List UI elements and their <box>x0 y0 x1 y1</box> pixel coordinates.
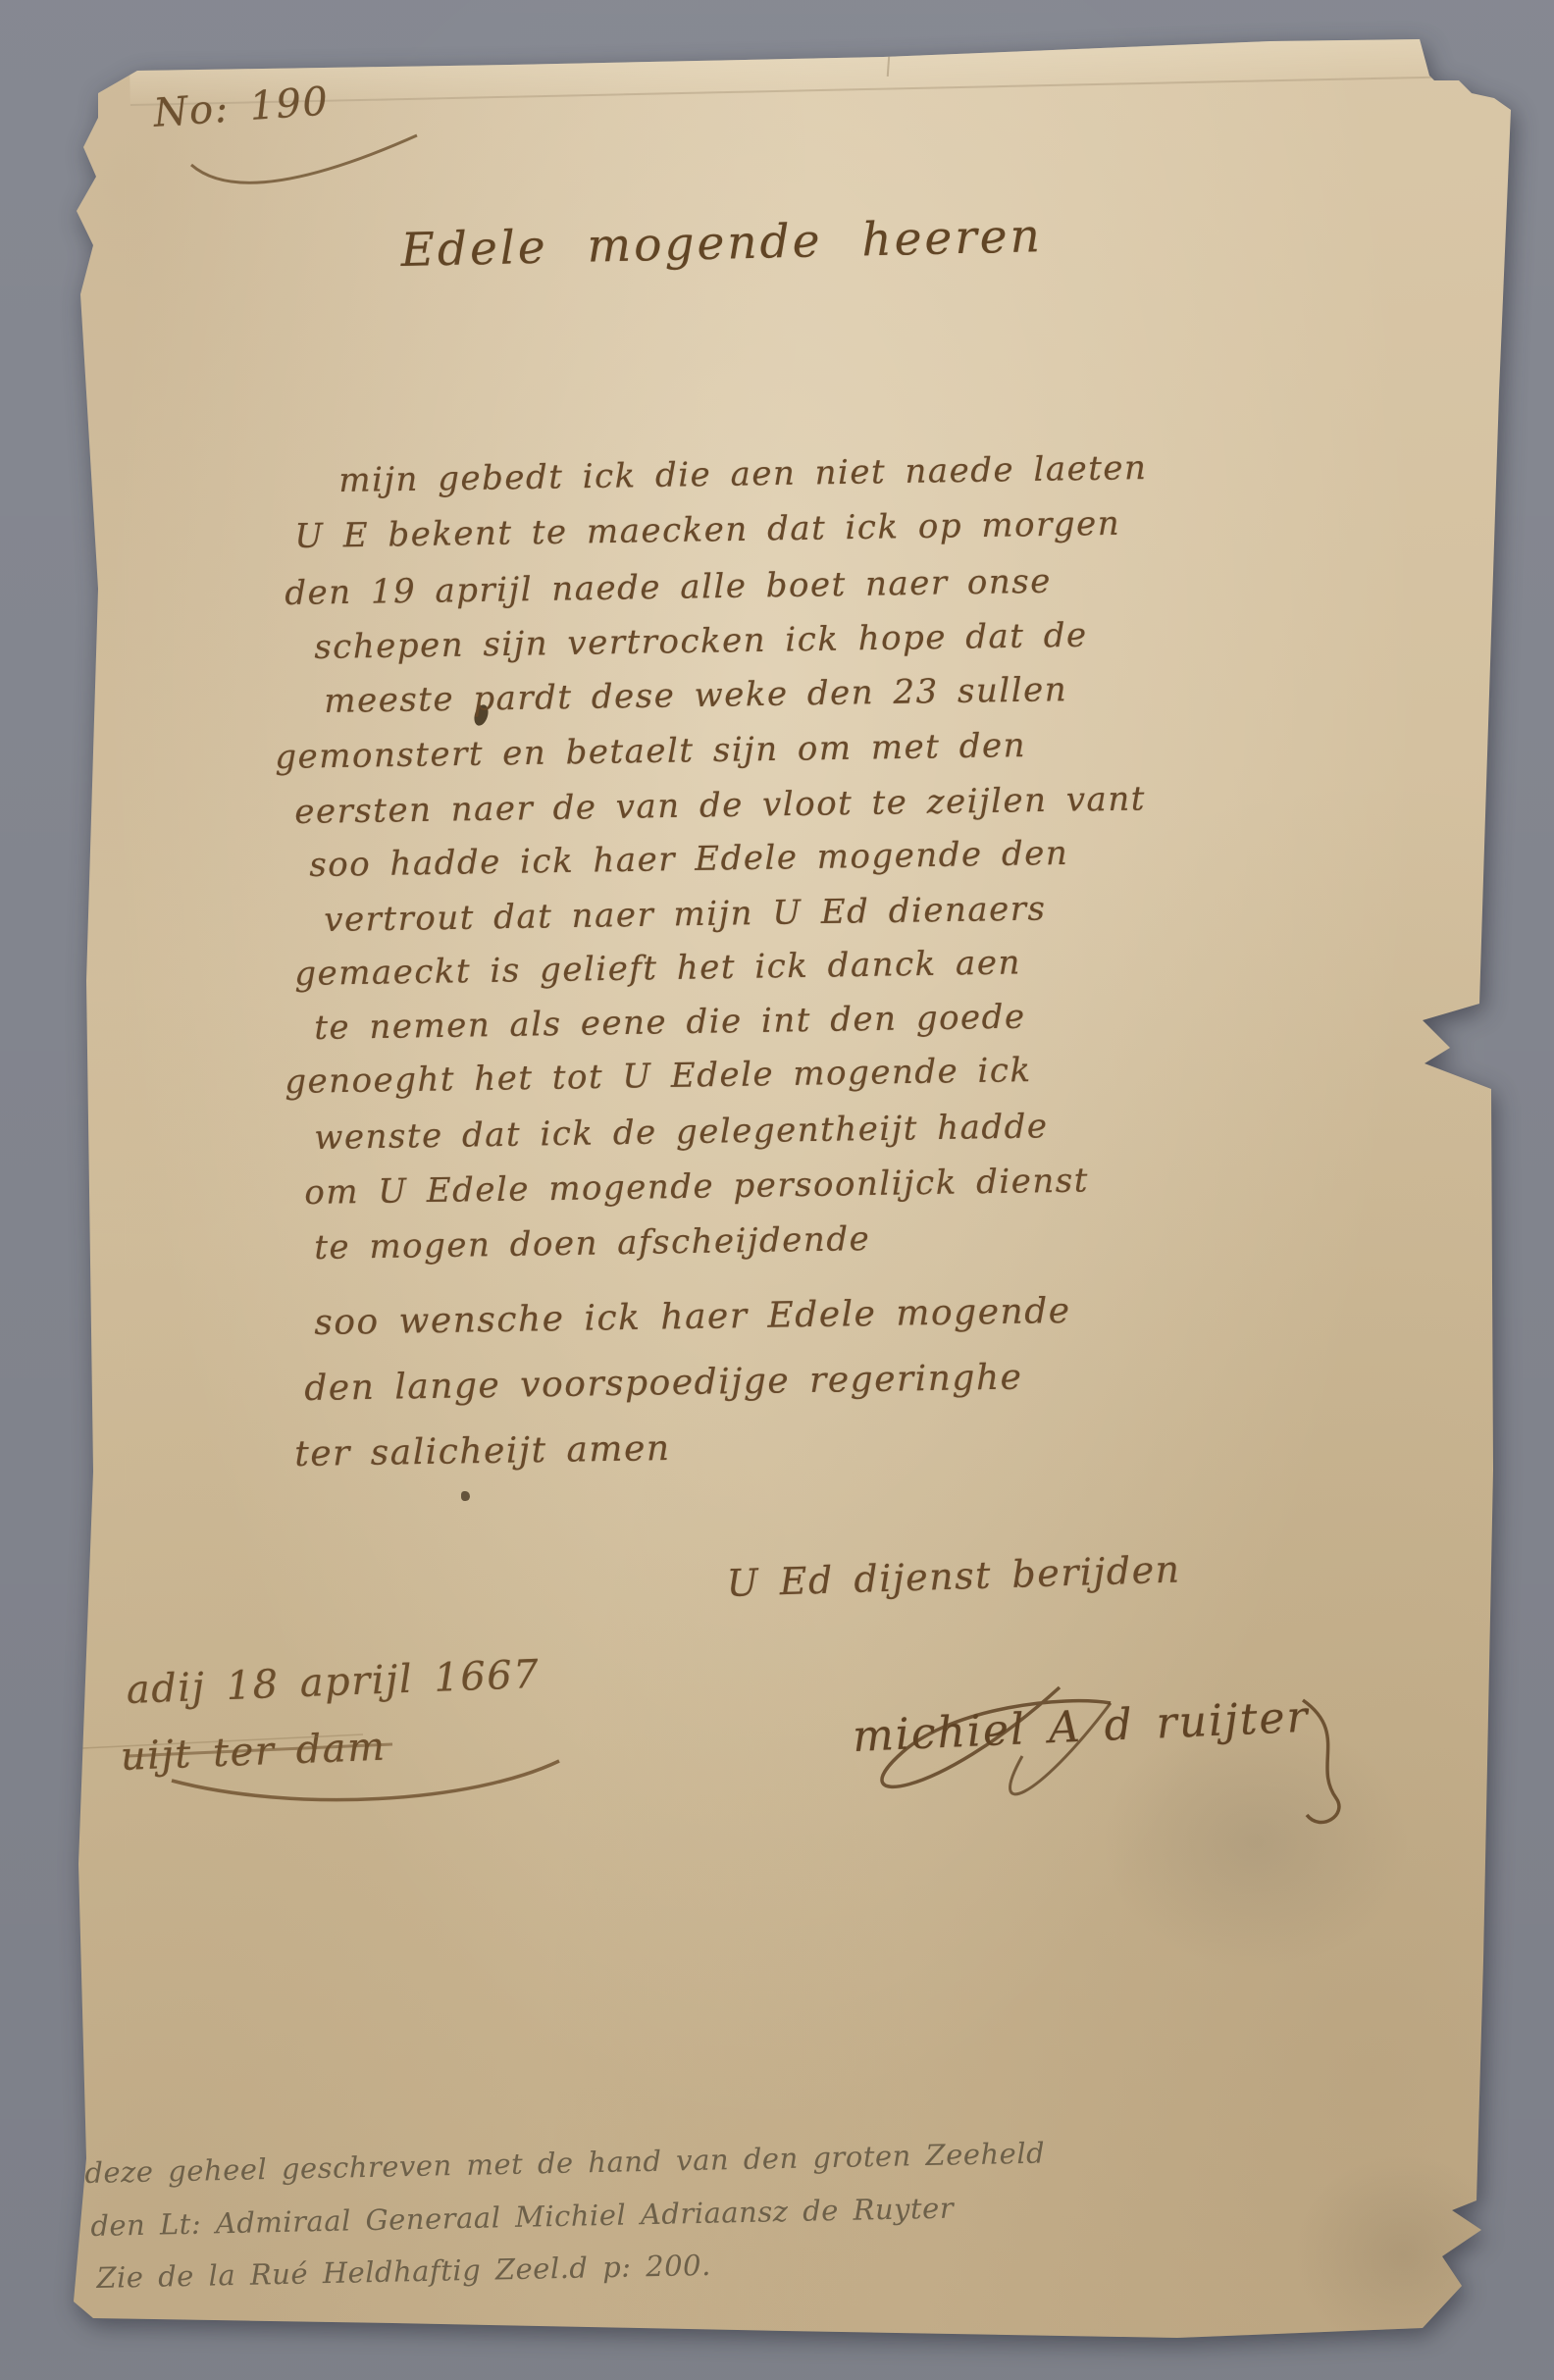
body-line: meeste pardt dese weke den 23 sullen <box>324 670 1067 721</box>
signature: michiel A d ruijter <box>852 1692 1310 1762</box>
paper-stain-corner <box>1275 2137 1530 2372</box>
body-line: U E bekent te maecken dat ick op morgen <box>294 504 1120 556</box>
archive-number-flourish <box>191 135 417 182</box>
closing-line: ter salicheijt amen <box>294 1428 671 1475</box>
closing-line: soo wensche ick haer Edele mogende <box>314 1291 1071 1343</box>
date-line-1: adij 18 aprijl 1667 <box>126 1652 541 1713</box>
letter-salutation: Edele mogende heeren <box>400 209 1043 278</box>
body-line: mijn gebedt ick die aen niet naede laete… <box>338 448 1148 500</box>
scan-page: { "scan": { "background_color": "#8b8e97… <box>0 0 1554 2380</box>
archival-note-line: deze geheel geschreven met de hand van d… <box>84 2136 1045 2189</box>
date-line-2: uijt ter dam <box>120 1725 387 1780</box>
body-line: eersten naer de van de vloot te zeijlen … <box>294 779 1146 832</box>
body-line: te mogen doen afscheijdende <box>314 1219 870 1268</box>
body-line: schepen sijn vertrocken ick hope dat de <box>314 616 1088 667</box>
body-line: wenste dat ick de gelegentheijt hadde <box>314 1107 1049 1158</box>
archival-note-line: den Lt: Admiraal Generaal Michiel Adriaa… <box>90 2192 954 2243</box>
body-line: genoeght het tot U Edele mogende ick <box>285 1051 1032 1102</box>
body-line: te nemen als eene die int den goede <box>314 998 1026 1048</box>
body-line: gemonstert en betaelt sijn om met den <box>275 726 1026 777</box>
valediction: U Ed dijenst berijden <box>726 1547 1181 1605</box>
ink-speck <box>461 1491 470 1501</box>
closing-line: den lange voorspoedijge regeringhe <box>304 1357 1023 1408</box>
manuscript-paper: No: 190 Edele mogende heeren mijn gebedt… <box>69 37 1516 2345</box>
manuscript-paper-wrapper: No: 190 Edele mogende heeren mijn gebedt… <box>69 37 1516 2345</box>
body-line: om U Edele mogende persoonlijck dienst <box>304 1161 1089 1213</box>
archival-note-line: Zie de la Rué Heldhaftig Zeel.d p: 200. <box>96 2249 711 2295</box>
body-line: gemaeckt is gelieft het ick danck aen <box>294 943 1021 994</box>
body-line: vertrout dat naer mijn U Ed dienaers <box>324 889 1047 940</box>
body-line: den 19 aprijl naede alle boet naer onse <box>285 562 1052 613</box>
body-line: soo hadde ick haer Edele mogende den <box>309 834 1069 885</box>
